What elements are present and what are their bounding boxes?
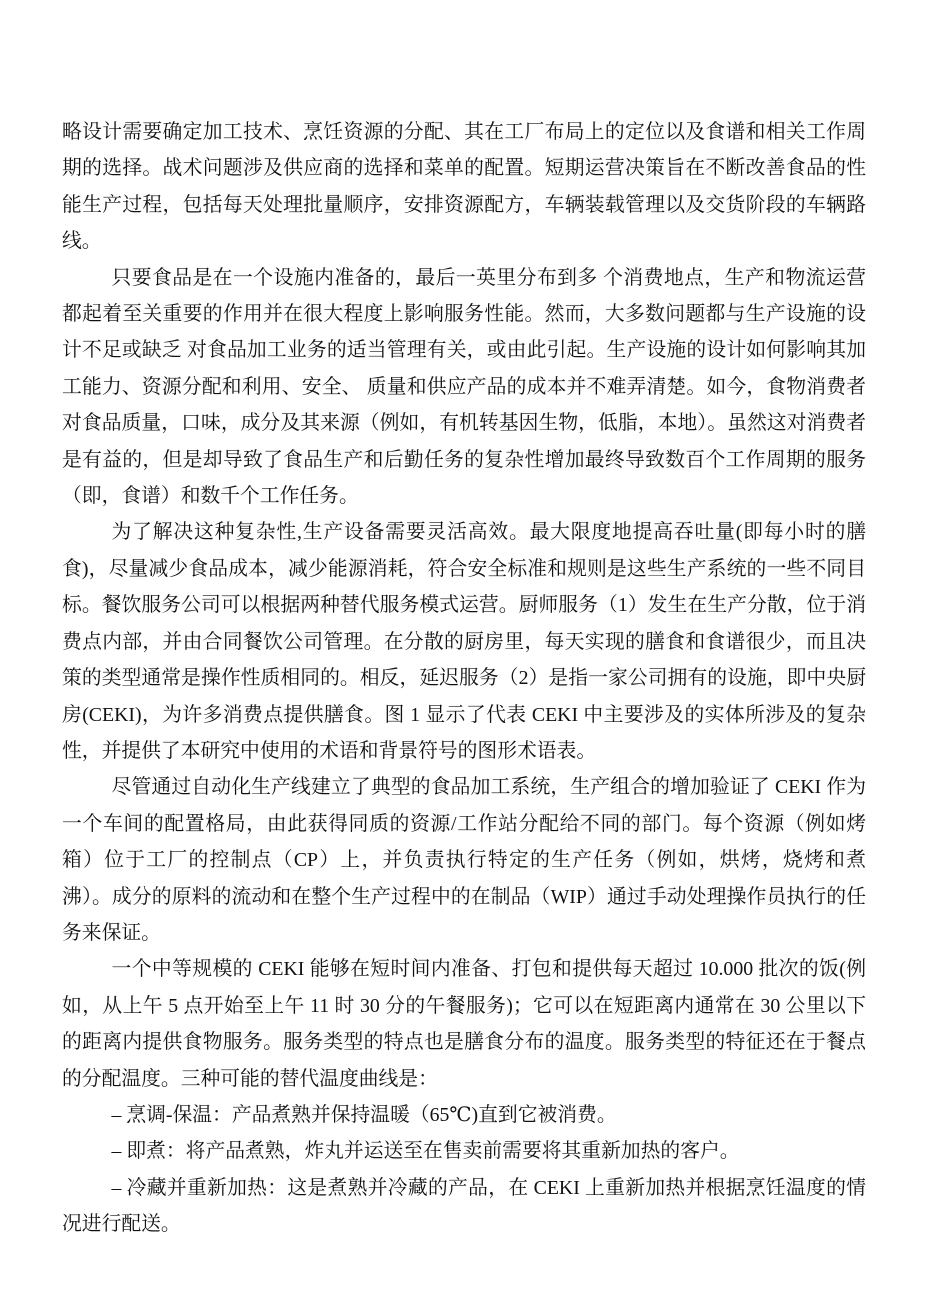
paragraph-job-shop: 尽管通过自动化生产线建立了典型的食品加工系统，生产组合的增加验证了 CEKI 作… <box>62 769 866 951</box>
document-page: 略设计需要确定加工技术、烹饪资源的分配、其在工厂布局上的定位以及食谱和相关工作周… <box>0 0 926 1309</box>
paragraph-continuation: 略设计需要确定加工技术、烹饪资源的分配、其在工厂布局上的定位以及食谱和相关工作周… <box>62 114 866 260</box>
paragraph-complexity: 为了解决这种复杂性,生产设备需要灵活高效。最大限度地提高吞吐量(即每小时的膳食)… <box>62 514 866 769</box>
bullet-cook-chill: – 即煮：将产品煮熟，炸丸并运送至在售卖前需要将其重新加热的客户。 <box>62 1133 866 1169</box>
bullet-chill-reheat: – 冷藏并重新加热：这是煮熟并冷藏的产品，在 CEKI 上重新加热并根据烹饪温度… <box>62 1170 866 1243</box>
paragraph-last-mile: 只要食品是在一个设施内准备的，最后一英里分布到多 个消费地点，生产和物流运营都起… <box>62 260 866 515</box>
bullet-cook-hold: – 烹调-保温：产品煮熟并保持温暖（65℃)直到它被消费。 <box>62 1097 866 1133</box>
paragraph-ceki-scale: 一个中等规模的 CEKI 能够在短时间内准备、打包和提供每天超过 10.000 … <box>62 951 866 1097</box>
